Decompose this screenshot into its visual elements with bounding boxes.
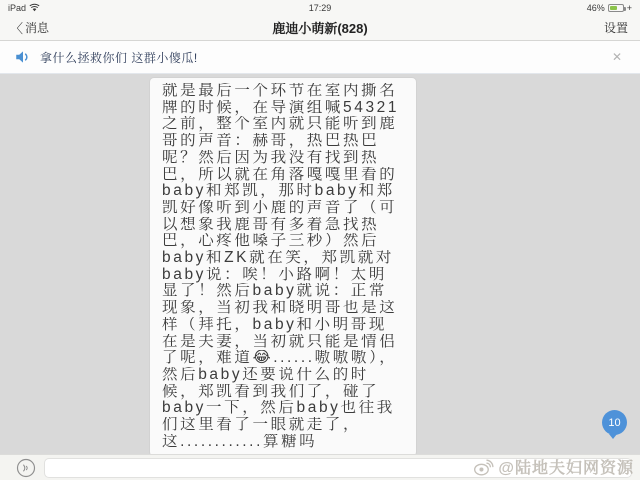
message-line: baby和郑凯，那时baby和郑 [162, 183, 404, 200]
new-message-count-badge[interactable]: 10 [602, 410, 627, 435]
message-line: 现象，当初我和晓明哥也是这 [162, 300, 404, 317]
message-line: 牌的时候，在导演组喊54321 [162, 100, 404, 117]
message-line: 显了！然后baby就说：正常 [162, 283, 404, 300]
back-chevron-icon: 〈 [10, 18, 23, 37]
message-line: 凯好像听到小鹿的声音了（可 [162, 200, 404, 217]
voice-input-icon[interactable] [16, 458, 36, 478]
message-line: baby说：唉！小路啊！太明 [162, 267, 404, 284]
message-line: 样（拜托，baby和小明哥现 [162, 317, 404, 334]
status-time: 17:29 [0, 3, 640, 13]
back-to-messages-button[interactable]: 〈 消息 [10, 18, 49, 37]
message-bubble[interactable]: 就是最后一个环节在室内撕名 牌的时候，在导演组喊54321 之前，整个室内就只能… [150, 78, 416, 455]
message-line: 了呢，难道😂......嗷嗷嗷）， [162, 350, 404, 367]
announcement-speaker-icon [14, 48, 32, 66]
message-line: 候，郑凯看到我们了，碰了 [162, 384, 404, 401]
settings-button[interactable]: 设置 [604, 19, 628, 36]
message-line: 们这里看了一眼就走了， [162, 417, 404, 434]
message-line: baby和ZK就在笑，郑凯就对 [162, 250, 404, 267]
message-line: 之前，整个室内就只能听到鹿 [162, 116, 404, 133]
back-label: 消息 [25, 19, 49, 36]
battery-icon [608, 4, 624, 12]
status-bar: iPad 17:29 46% + [0, 0, 640, 15]
announcement-text: 拿什么拯救你们 这群小傻瓜! [40, 49, 608, 66]
message-line: 就是最后一个环节在室内撕名 [162, 83, 404, 100]
message-line: 哥的声音：赫哥，热巴热巴 [162, 133, 404, 150]
message-line: 在是夫妻，当初就只能是情侣 [162, 334, 404, 351]
nav-bar: 〈 消息 鹿迪小萌新(828) 设置 [0, 15, 640, 41]
message-line: 以想象我鹿哥有多着急找热 [162, 217, 404, 234]
chat-message-area[interactable]: 就是最后一个环节在室内撕名 牌的时候，在导演组喊54321 之前，整个室内就只能… [0, 74, 640, 455]
message-line: 巴，心疼他嗓子三秒）然后 [162, 233, 404, 250]
chat-title: 鹿迪小萌新(828) [0, 18, 640, 37]
message-line: baby一下，然后baby也往我 [162, 400, 404, 417]
close-icon[interactable]: ✕ [608, 48, 626, 66]
message-line: 这............算糖吗 [162, 434, 404, 451]
group-announcement-banner[interactable]: 拿什么拯救你们 这群小傻瓜! ✕ [0, 41, 640, 74]
message-line: 呢？然后因为我没有找到热 [162, 150, 404, 167]
message-line: 然后baby还要说什么的时 [162, 367, 404, 384]
input-bar [0, 454, 640, 480]
message-text-input[interactable] [44, 458, 632, 478]
message-line: 巴，所以就在角落嘎嘎里看的 [162, 167, 404, 184]
